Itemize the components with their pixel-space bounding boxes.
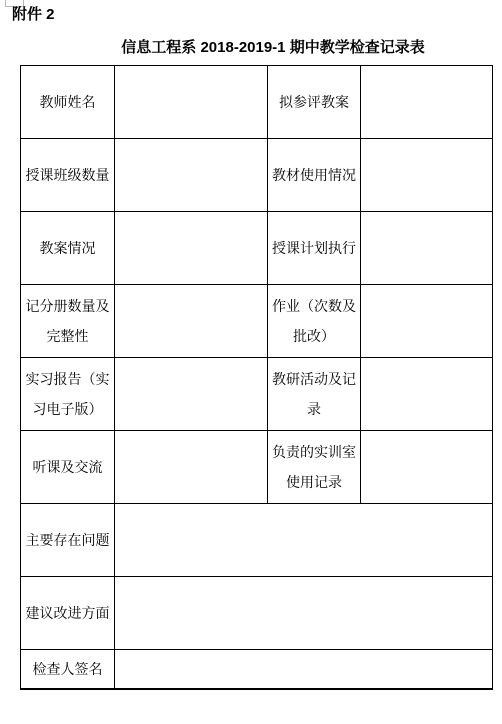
cell-label-training-room-record: 负责的实训室 使用记录 [268, 431, 361, 504]
cell-label-proposed-lesson-plan: 拟参评教案 [268, 66, 361, 139]
cell-label-internship-report: 实习报告（实 习电子版） [21, 358, 115, 431]
table-row: 教师姓名 拟参评教案 [21, 66, 493, 139]
cell-value-lesson-plan-status[interactable] [115, 212, 268, 285]
cell-value-main-problems[interactable] [115, 504, 493, 577]
cell-label-class-count: 授课班级数量 [21, 139, 115, 212]
cell-value-teacher-name[interactable] [115, 66, 268, 139]
cell-label-gradebook: 记分册数量及 完整性 [21, 285, 115, 358]
cell-label-inspector-signature: 检查人签名 [21, 650, 115, 689]
cell-value-improvement-suggestions[interactable] [115, 577, 493, 650]
table-row: 实习报告（实 习电子版） 教研活动及记 录 [21, 358, 493, 431]
table-row: 建议改进方面 [21, 577, 493, 650]
cell-value-proposed-lesson-plan[interactable] [361, 66, 493, 139]
cell-label-lecture-attendance: 听课及交流 [21, 431, 115, 504]
table-row: 授课班级数量 教材使用情况 [21, 139, 493, 212]
cell-value-training-room-record[interactable] [361, 431, 493, 504]
cell-label-lesson-plan-status: 教案情况 [21, 212, 115, 285]
cell-label-main-problems: 主要存在问题 [21, 504, 115, 577]
cell-label-textbook-usage: 教材使用情况 [268, 139, 361, 212]
cell-value-class-count[interactable] [115, 139, 268, 212]
cell-value-lecture-attendance[interactable] [115, 431, 268, 504]
cell-value-teaching-plan-execution[interactable] [361, 212, 493, 285]
cell-value-homework[interactable] [361, 285, 493, 358]
inspection-record-table: 教师姓名 拟参评教案 授课班级数量 教材使用情况 教案情况 授课计划执行 记分册… [20, 65, 493, 690]
cell-value-research-activity[interactable] [361, 358, 493, 431]
cell-label-homework: 作业（次数及 批改） [268, 285, 361, 358]
attachment-label: 附件 2 [12, 5, 55, 25]
table-row: 听课及交流 负责的实训室 使用记录 [21, 431, 493, 504]
table-row: 教案情况 授课计划执行 [21, 212, 493, 285]
cell-value-gradebook[interactable] [115, 285, 268, 358]
cell-value-inspector-signature[interactable] [115, 650, 493, 689]
cell-label-teacher-name: 教师姓名 [21, 66, 115, 139]
cell-label-teaching-plan-execution: 授课计划执行 [268, 212, 361, 285]
cell-value-textbook-usage[interactable] [361, 139, 493, 212]
table-row: 主要存在问题 [21, 504, 493, 577]
cell-value-internship-report[interactable] [115, 358, 268, 431]
table-row: 记分册数量及 完整性 作业（次数及 批改） [21, 285, 493, 358]
table-row: 检查人签名 [21, 650, 493, 689]
cell-label-research-activity: 教研活动及记 录 [268, 358, 361, 431]
page-title: 信息工程系 2018-2019-1 期中教学检查记录表 [0, 38, 502, 58]
cell-label-improvement-suggestions: 建议改进方面 [21, 577, 115, 650]
